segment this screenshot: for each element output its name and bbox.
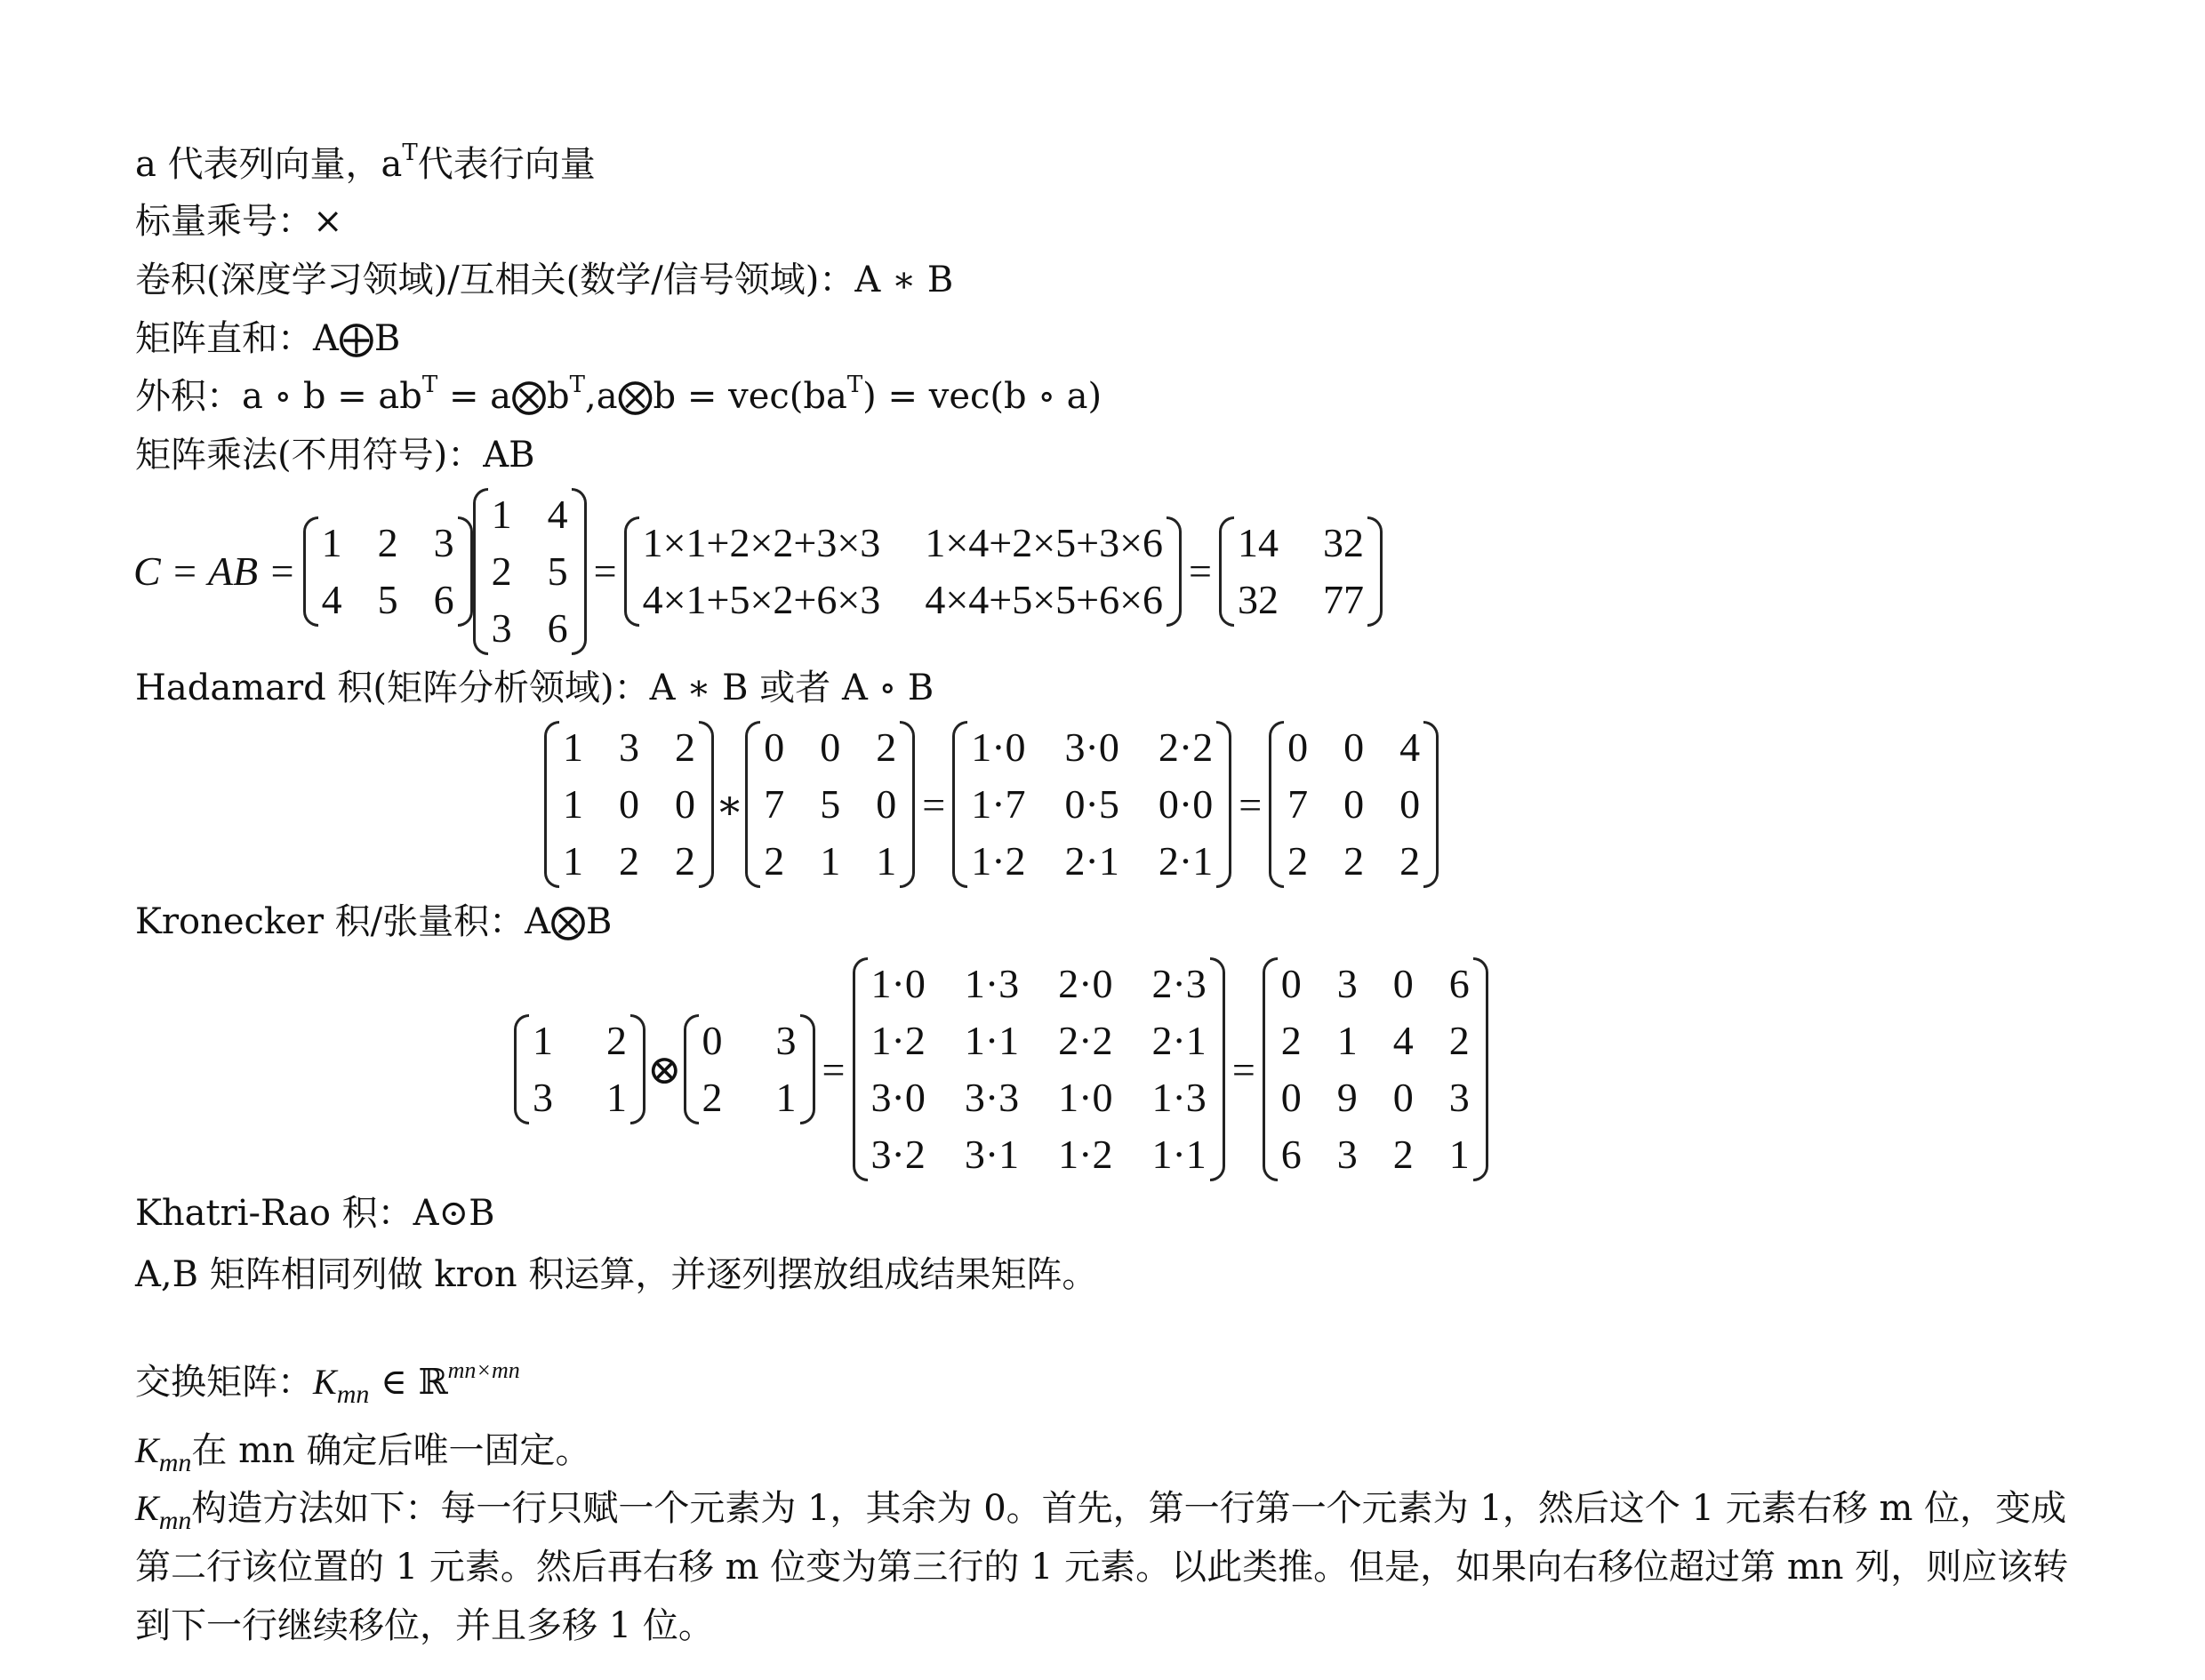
equals-sign: = bbox=[1231, 781, 1269, 828]
matrix-cell: 2 bbox=[1399, 835, 1420, 888]
equals-sign: = bbox=[815, 1046, 853, 1093]
line-matrix-mult: 矩阵乘法(不用符号)：AB bbox=[135, 433, 535, 477]
matrix-cell: 0 bbox=[876, 778, 896, 831]
matrix-cell: 0 bbox=[1287, 721, 1308, 774]
matrix-cell: 1·2 bbox=[1058, 1128, 1112, 1181]
matrix-cell: 3 bbox=[1337, 1128, 1358, 1181]
matrix-cell: 9 bbox=[1337, 1071, 1358, 1124]
matrix-cell: 4 bbox=[1399, 721, 1420, 774]
text: 代表行向量 bbox=[418, 144, 596, 185]
matrix-cell: 4×1+5×2+6×3 bbox=[643, 573, 881, 627]
matrix-cell: 3 bbox=[1337, 957, 1358, 1011]
text: a 代表列向量，a bbox=[135, 144, 402, 185]
matrix-cell: 0·5 bbox=[1065, 778, 1119, 831]
matrix-grid: 1·03·02·21·70·50·01·22·12·1 bbox=[967, 721, 1216, 888]
text: 构造方法如下：每一行只赋一个元素为 1，其余为 0。首先，第一行第一个元素为 1… bbox=[135, 1488, 2068, 1646]
matrix-cell: 1 bbox=[1449, 1128, 1470, 1181]
right-paren bbox=[630, 1014, 645, 1124]
matrix-cell: 0 bbox=[1393, 1071, 1414, 1124]
matrix-cell: 2 bbox=[1287, 835, 1308, 888]
matrix-result: 14323277 bbox=[1219, 516, 1383, 627]
matrix-grid: 142536 bbox=[488, 488, 572, 655]
matrix-cell: 0 bbox=[675, 778, 695, 831]
matrix-cell: 5 bbox=[548, 545, 568, 598]
left-paren bbox=[853, 957, 868, 1181]
left-paren bbox=[1269, 721, 1284, 888]
matrix-cell: 1·0 bbox=[871, 957, 926, 1011]
left-paren bbox=[1219, 516, 1234, 627]
matrix-cell: 1 bbox=[820, 835, 840, 888]
matrix-cell: 2 bbox=[619, 835, 639, 888]
matrix-cell: 2 bbox=[1449, 1014, 1470, 1068]
matrix-cell: 5 bbox=[378, 573, 398, 627]
equation-kronecker: 1231 ⊗ 0321 = 1·01·32·02·31·21·12·22·13·… bbox=[514, 960, 1488, 1179]
matrix-cell: 0 bbox=[820, 721, 840, 774]
superscript-t: T bbox=[422, 372, 437, 398]
matrix-grid: 1·01·32·02·31·21·12·22·13·03·31·01·33·23… bbox=[868, 957, 1210, 1181]
line-khatri-rao-desc: A,B 矩阵相同列做 kron 积运算，并逐列摆放组成结果矩阵。 bbox=[135, 1252, 1097, 1297]
matrix-expanded: 1×1+2×2+3×31×4+2×5+3×64×1+5×2+6×34×4+5×5… bbox=[624, 516, 1182, 627]
right-paren bbox=[1167, 516, 1182, 627]
matrix-cell: 6 bbox=[434, 573, 454, 627]
matrix-cell: 2 bbox=[675, 835, 695, 888]
text: 在 mn 确定后唯一固定。 bbox=[191, 1430, 590, 1471]
matrix-cell: 0 bbox=[1281, 957, 1302, 1011]
subscript-mn: mn bbox=[159, 1448, 192, 1477]
left-paren bbox=[514, 1014, 529, 1124]
matrix-cell: 2·3 bbox=[1151, 957, 1206, 1011]
line-kronecker: Kronecker 积/张量积：A⨂B bbox=[135, 900, 612, 944]
right-paren bbox=[900, 721, 915, 888]
matrix-cell: 32 bbox=[1238, 573, 1279, 627]
matrix-cell: 1×1+2×2+3×3 bbox=[643, 516, 881, 570]
line-scalar-mult: 标量乘号：× bbox=[135, 199, 343, 244]
matrix-cell: 1·2 bbox=[871, 1014, 926, 1068]
matrix-grid: 1×1+2×2+3×31×4+2×5+3×64×1+5×2+6×34×4+5×5… bbox=[639, 516, 1167, 627]
line-kmn-unique: Kmn在 mn 确定后唯一固定。 bbox=[135, 1428, 590, 1473]
left-paren bbox=[952, 721, 967, 888]
matrix-cell: 2 bbox=[675, 721, 695, 774]
matrix-cell: 6 bbox=[548, 602, 568, 655]
matrix-cell: 1 bbox=[563, 835, 583, 888]
matrix-cell: 2·1 bbox=[1065, 835, 1119, 888]
matrix-cell: 3·0 bbox=[871, 1071, 926, 1124]
matrix-cell: 1 bbox=[533, 1014, 553, 1068]
matrix-cell: 3 bbox=[492, 602, 512, 655]
line-convolution: 卷积(深度学习领域)/互相关(数学/信号领域)：A ∗ B bbox=[135, 258, 953, 302]
symbol-k: K bbox=[135, 1488, 159, 1528]
matrix-a: 123456 bbox=[303, 516, 473, 627]
matrix-cell: 1·1 bbox=[1151, 1128, 1206, 1181]
left-paren bbox=[745, 721, 760, 888]
superscript-t: T bbox=[570, 372, 585, 398]
text: ∈ ℝ bbox=[369, 1362, 447, 1403]
matrix-cell: 2·2 bbox=[1058, 1014, 1112, 1068]
matrix-grid: 14323277 bbox=[1234, 516, 1367, 627]
symbol-k: K bbox=[135, 1430, 159, 1470]
paragraph-kmn-construction: Kmn构造方法如下：每一行只赋一个元素为 1，其余为 0。首先，第一行第一个元素… bbox=[135, 1479, 2091, 1655]
subscript-mn: mn bbox=[337, 1380, 370, 1409]
matrix-result: 004700222 bbox=[1269, 721, 1439, 888]
equals-sign: = bbox=[1182, 548, 1219, 595]
right-paren bbox=[699, 721, 714, 888]
equation-hadamard: 132100122 ∗ 002750211 = 1·03·02·21·70·50… bbox=[544, 722, 1439, 887]
matrix-cell: 0 bbox=[702, 1014, 723, 1068]
matrix-cell: 2·1 bbox=[1159, 835, 1213, 888]
matrix-cell: 0 bbox=[1393, 957, 1414, 1011]
matrix-a: 1231 bbox=[514, 1014, 645, 1124]
matrix-cell: 1 bbox=[876, 835, 896, 888]
matrix-cell: 14 bbox=[1238, 516, 1279, 570]
right-paren bbox=[1210, 957, 1225, 1181]
text: 交换矩阵： bbox=[135, 1362, 313, 1403]
superscript-dims: mn×mn bbox=[448, 1357, 520, 1383]
left-paren bbox=[303, 516, 318, 627]
matrix-cell: 2·1 bbox=[1151, 1014, 1206, 1068]
matrix-cell: 3 bbox=[619, 721, 639, 774]
line-hadamard: Hadamard 积(矩阵分析领域)：A ∗ B 或者 A ∘ B bbox=[135, 666, 934, 710]
subscript-mn: mn bbox=[159, 1506, 192, 1535]
left-paren bbox=[1263, 957, 1278, 1181]
matrix-cell: 2 bbox=[606, 1014, 627, 1068]
matrix-cell: 1 bbox=[322, 516, 342, 570]
matrix-cell: 2 bbox=[1393, 1128, 1414, 1181]
matrix-cell: 2·2 bbox=[1159, 721, 1213, 774]
matrix-b: 0321 bbox=[684, 1014, 815, 1124]
matrix-grid: 123456 bbox=[318, 516, 458, 627]
matrix-cell: 0·0 bbox=[1159, 778, 1213, 831]
right-paren bbox=[458, 516, 473, 627]
right-paren bbox=[800, 1014, 815, 1124]
right-paren bbox=[1423, 721, 1439, 888]
eq-lhs: C = AB = bbox=[133, 548, 303, 595]
matrix-cell: 2 bbox=[1343, 835, 1364, 888]
matrix-cell: 0 bbox=[764, 721, 784, 774]
matrix-cell: 7 bbox=[1287, 778, 1308, 831]
left-paren bbox=[624, 516, 639, 627]
matrix-cell: 1 bbox=[1337, 1014, 1358, 1068]
matrix-cell: 3·2 bbox=[871, 1128, 926, 1181]
matrix-cell: 4 bbox=[322, 573, 342, 627]
matrix-cell: 3 bbox=[434, 516, 454, 570]
matrix-cell: 1×4+2×5+3×6 bbox=[925, 516, 1163, 570]
matrix-grid: 1231 bbox=[529, 1014, 630, 1124]
matrix-cell: 6 bbox=[1449, 957, 1470, 1011]
hadamard-operator: ∗ bbox=[714, 780, 745, 828]
matrix-cell: 2 bbox=[492, 545, 512, 598]
text: 外积：a ∘ b = ab bbox=[135, 376, 422, 417]
matrix-a: 132100122 bbox=[544, 721, 714, 888]
line-direct-sum: 矩阵直和：A⨁B bbox=[135, 316, 400, 361]
matrix-cell: 77 bbox=[1323, 573, 1364, 627]
left-paren bbox=[544, 721, 559, 888]
matrix-grid: 0306214209036321 bbox=[1278, 957, 1473, 1181]
superscript-t: T bbox=[402, 140, 417, 166]
matrix-cell: 1 bbox=[563, 778, 583, 831]
matrix-cell: 1 bbox=[492, 488, 512, 541]
equals-sign: = bbox=[1225, 1046, 1263, 1093]
matrix-expanded: 1·03·02·21·70·50·01·22·12·1 bbox=[952, 721, 1231, 888]
matrix-cell: 0 bbox=[1399, 778, 1420, 831]
matrix-cell: 6 bbox=[1281, 1128, 1302, 1181]
matrix-cell: 3·0 bbox=[1065, 721, 1119, 774]
matrix-cell: 1·0 bbox=[971, 721, 1025, 774]
matrix-cell: 2·0 bbox=[1058, 957, 1112, 1011]
matrix-cell: 1·3 bbox=[965, 957, 1019, 1011]
matrix-cell: 2 bbox=[764, 835, 784, 888]
matrix-cell: 1·3 bbox=[1151, 1071, 1206, 1124]
matrix-cell: 1·1 bbox=[965, 1014, 1019, 1068]
matrix-cell: 1 bbox=[563, 721, 583, 774]
matrix-cell: 4×4+5×5+6×6 bbox=[925, 573, 1163, 627]
equals-sign: = bbox=[587, 548, 624, 595]
matrix-cell: 1 bbox=[606, 1071, 627, 1124]
left-paren bbox=[473, 488, 488, 655]
equation-matrix-multiplication: C = AB = 123456 142536 = 1×1+2×2+3×31×4+… bbox=[133, 498, 1383, 644]
left-paren bbox=[684, 1014, 699, 1124]
matrix-result: 0306214209036321 bbox=[1263, 957, 1488, 1181]
equals-sign: = bbox=[915, 781, 952, 828]
line-khatri-rao: Khatri-Rao 积：A⊙B bbox=[135, 1191, 494, 1236]
text: = a⨂b bbox=[437, 376, 569, 417]
line-outer-product: 外积：a ∘ b = abT = a⨂bT,a⨂b = vec(baT) = v… bbox=[135, 374, 1102, 419]
matrix-cell: 1·7 bbox=[971, 778, 1025, 831]
right-paren bbox=[1216, 721, 1231, 888]
matrix-cell: 0 bbox=[1281, 1071, 1302, 1124]
matrix-expanded: 1·01·32·02·31·21·12·22·13·03·31·01·33·23… bbox=[853, 957, 1225, 1181]
matrix-cell: 5 bbox=[820, 778, 840, 831]
matrix-cell: 3·1 bbox=[965, 1128, 1019, 1181]
matrix-cell: 4 bbox=[548, 488, 568, 541]
matrix-cell: 3 bbox=[776, 1014, 797, 1068]
matrix-cell: 32 bbox=[1323, 516, 1364, 570]
matrix-cell: 1 bbox=[776, 1071, 797, 1124]
matrix-cell: 0 bbox=[1343, 721, 1364, 774]
matrix-grid: 132100122 bbox=[559, 721, 699, 888]
line-vector-notation: a 代表列向量，aT代表行向量 bbox=[135, 142, 596, 187]
superscript-t: T bbox=[847, 372, 862, 398]
matrix-cell: 0 bbox=[1343, 778, 1364, 831]
matrix-cell: 2 bbox=[702, 1071, 723, 1124]
matrix-cell: 2 bbox=[378, 516, 398, 570]
symbol-k: K bbox=[313, 1362, 337, 1402]
line-commutation-matrix: 交换矩阵：Kmn ∈ ℝmn×mn bbox=[135, 1360, 520, 1404]
right-paren bbox=[572, 488, 587, 655]
right-paren bbox=[1473, 957, 1488, 1181]
text: ) = vec(b ∘ a) bbox=[862, 376, 1102, 417]
matrix-cell: 4 bbox=[1393, 1014, 1414, 1068]
matrix-cell: 0 bbox=[619, 778, 639, 831]
text: ,a⨂b = vec(ba bbox=[585, 376, 847, 417]
matrix-cell: 1·0 bbox=[1058, 1071, 1112, 1124]
matrix-grid: 0321 bbox=[699, 1014, 800, 1124]
matrix-cell: 2 bbox=[1281, 1014, 1302, 1068]
matrix-grid: 002750211 bbox=[760, 721, 900, 888]
kronecker-operator: ⊗ bbox=[645, 1045, 684, 1093]
matrix-cell: 1·2 bbox=[971, 835, 1025, 888]
matrix-cell: 3 bbox=[533, 1071, 553, 1124]
right-paren bbox=[1367, 516, 1383, 627]
matrix-cell: 7 bbox=[764, 778, 784, 831]
matrix-b: 002750211 bbox=[745, 721, 915, 888]
matrix-cell: 3·3 bbox=[965, 1071, 1019, 1124]
matrix-grid: 004700222 bbox=[1284, 721, 1423, 888]
matrix-b: 142536 bbox=[473, 488, 587, 655]
matrix-cell: 3 bbox=[1449, 1071, 1470, 1124]
matrix-cell: 2 bbox=[876, 721, 896, 774]
